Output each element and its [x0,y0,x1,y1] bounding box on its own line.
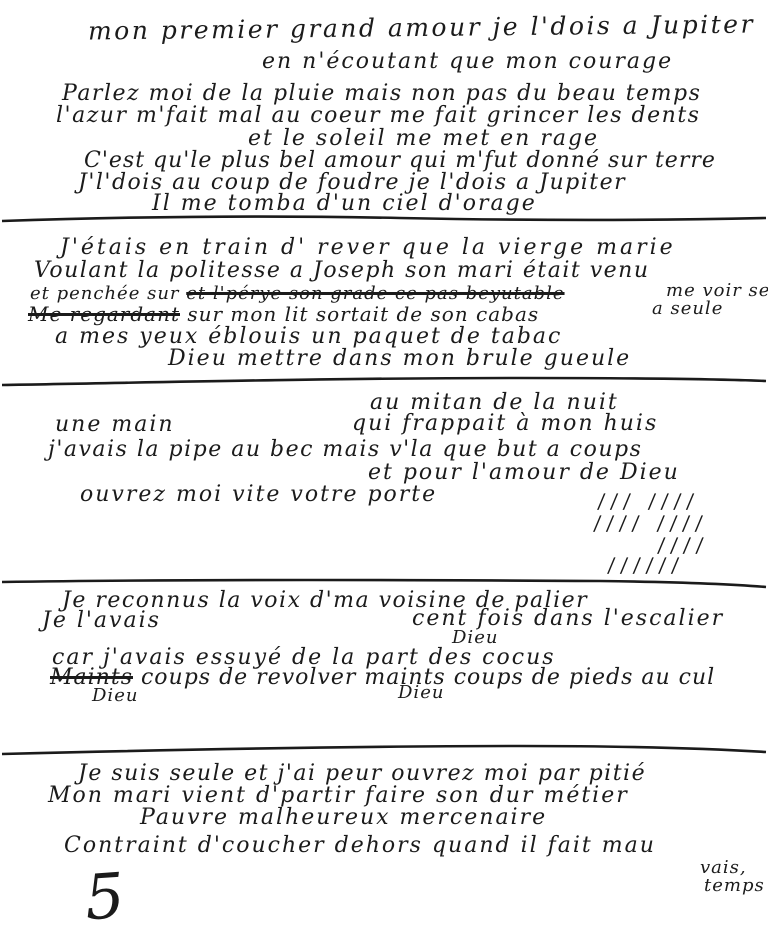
manuscript-line: Dieu mettre dans mon brule gueule [168,347,631,371]
manuscript-line: et penchée sur et l'pérye son grade ce p… [30,284,565,304]
manuscript-line: Voulant la politesse a Joseph son mari é… [34,259,650,283]
margin-note: a seule [652,299,723,319]
manuscript-page: mon premier grand amour je l'dois a Jupi… [0,0,768,944]
section-divider [0,212,768,226]
tally-marks: //// //// [593,511,710,535]
section-divider [0,742,768,756]
tally-marks: ////// [607,553,686,577]
line-text: et penchée sur [30,283,180,304]
manuscript-line: Pauvre malheureux mercenaire [140,806,547,830]
manuscript-line: une main [55,413,175,437]
manuscript-line: J'étais en train d' rever que la vierge … [60,236,676,260]
manuscript-line: j'avais la pipe au bec mais v'la que but… [48,438,642,462]
manuscript-line: Je l'avais [42,609,161,633]
line-overflow: temps [704,876,765,896]
section-divider [0,374,768,388]
manuscript-line: en n'écoutant que mon courage [262,50,673,74]
crossed-out-text: et l'pérye son grade ce pas beyutable [186,283,564,304]
manuscript-line: ouvrez moi vite votre porte [80,483,437,507]
interline-note: Dieu [398,683,444,703]
interline-note: Dieu [92,686,138,706]
manuscript-line: Maints coups de revolver maints coups de… [50,666,715,690]
manuscript-line: Contraint d'coucher dehors quand il fait… [64,834,656,858]
manuscript-line: mon premier grand amour je l'dois a Jupi… [88,11,755,45]
crossed-out-text: Me regardant [28,302,180,326]
manuscript-line: Me regardant sur mon lit sortait de son … [28,303,539,325]
line-text: sur mon lit sortait de son cabas [187,302,539,326]
tally-marks: /// //// [597,489,701,513]
page-number: 5 [83,859,127,935]
manuscript-line: qui frappait à mon huis [352,412,658,436]
manuscript-line: l'azur m'fait mal au coeur me fait grinc… [56,104,700,128]
